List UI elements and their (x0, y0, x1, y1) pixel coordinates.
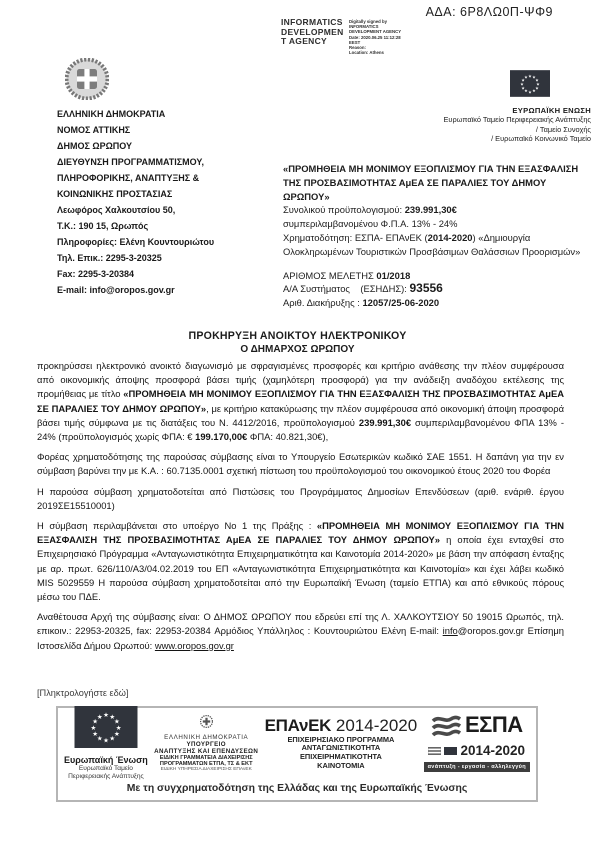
eu-fund-line: Ευρωπαϊκό Ταμείο Περιφερειακής Ανάπτυξης (361, 115, 591, 125)
text-segment: Φορέας χρηματοδότησης της παρούσας σύμβα… (37, 451, 564, 476)
stamp-detail-line: Location: Athens (349, 50, 419, 55)
text-segment: «ΠΡΟΜΗΘΕΙΑ ΜΗ ΜΟΝΙΜΟΥ ΕΞΟΠΛΙΣΜΟΥ ΓΙΑ ΤΗΝ… (283, 163, 578, 202)
issuer-line: E-mail: info@oropos.gov.gr (57, 282, 277, 298)
epanek-line: ΚΑΙΝΟΤΟΜΙΑ (287, 762, 394, 771)
issuer-line: ΔΗΜΟΣ ΩΡΩΠΟΥ (57, 138, 277, 154)
greek-emblem-icon (200, 715, 213, 733)
issuer-line: Τηλ. Επικ.: 2295-3-20325 (57, 250, 277, 266)
cofinancing-caption: Με τη συγχρηματοδότηση της Ελλάδας και τ… (58, 783, 536, 794)
ministry-line: ΑΝΑΠΤΥΞΗΣ ΚΑΙ ΕΠΕΝΔΥΣΕΩΝ (154, 748, 258, 755)
espa-logo: ΕΣΠΑ 2014-2020 ανάπτυξη - εργασία - αλλη… (424, 715, 530, 772)
svg-text:★: ★ (97, 713, 103, 721)
text-segment: ΑΡΙΘΜΟΣ ΜΕΛΕΤΗΣ (283, 270, 376, 281)
text-segment: συμπεριλαμβανομένου Φ.Π.Α. 13% - 24% (283, 218, 457, 229)
text-segment: Η παρούσα σύμβαση χρηματοδοτείται από Πι… (37, 486, 564, 511)
decision-number: Αριθ. Διακήρυξης : 12057/25-06-2020 (283, 296, 595, 310)
espa-waves-icon (431, 715, 461, 744)
eu-flag-icon: ★★★ ★★★ ★★★ ★★★ (510, 70, 550, 102)
eu-fund-line: / Ταμείο Συνοχής (361, 125, 591, 135)
body-paragraph: προκηρύσσει ηλεκτρονικό ανοικτό διαγωνισ… (37, 359, 564, 444)
eu-footer-title: Ευρωπαϊκή Ένωση (64, 755, 148, 765)
hyperlink[interactable]: info (443, 625, 458, 636)
text-segment: 239.991,30€ (405, 204, 457, 215)
project-funding: Χρηματοδότηση: ΕΣΠΑ- ΕΠΑνΕΚ (2014-2020) … (283, 231, 595, 259)
body-paragraph: Η σύμβαση περιλαμβάνεται στο υποέργο Νο … (37, 519, 564, 604)
project-details-block: «ΠΡΟΜΗΘΕΙΑ ΜΗ ΜΟΝΙΜΟΥ ΕΞΟΠΛΙΣΜΟΥ ΓΙΑ ΤΗΝ… (283, 162, 595, 310)
spacer (283, 259, 595, 269)
document-page: ΑΔΑ: 6Ρ8ΛΩ0Π-ΨΦ9 INFORMATICSDEVELOPMENT … (0, 0, 595, 842)
svg-text:★: ★ (109, 735, 115, 743)
document-body: προκηρύσσει ηλεκτρονικό ανοικτό διαγωνισ… (37, 359, 564, 659)
cofinancing-footer: ★★★ ★★★ ★★★ ★★★ Ευρωπαϊκή Ένωση Ευρωπαϊκ… (56, 706, 538, 802)
text-segment: ΦΠΑ: 40.821,30€), (247, 431, 328, 442)
footer-logos-row: ★★★ ★★★ ★★★ ★★★ Ευρωπαϊκή Ένωση Ευρωπαϊκ… (64, 714, 530, 772)
eu-footer-sub1: Ευρωπαϊκό Ταμείο (79, 765, 133, 773)
ministry-line: ΕΛΛΗΝΙΚΗ ΔΗΜΟΚΡΑΤΙΑ (164, 734, 248, 741)
ada-code: ΑΔΑ: 6Ρ8ΛΩ0Π-ΨΦ9 (426, 5, 553, 19)
main-heading: ΠΡΟΚΗΡΥΞΗ ΑΝΟΙΚΤΟΥ ΗΛΕΚΤΡΟΝΙΚΟΥ Ο ΔΗΜΑΡΧ… (0, 330, 595, 355)
text-segment: Αριθ. Διακήρυξης : (283, 297, 362, 308)
issuer-block: ΕΛΛΗΝΙΚΗ ΔΗΜΟΚΡΑΤΙΑΝΟΜΟΣ ΑΤΤΙΚΗΣΔΗΜΟΣ ΩΡ… (57, 58, 277, 298)
issuer-line: ΠΛΗΡΟΦΟΡΙΚΗΣ, ΑΝΑΠΤΥΞΗΣ & (57, 170, 277, 186)
greek-emblem-icon (57, 58, 277, 100)
eu-fund-line: / Ευρωπαϊκό Κοινωνικό Ταμείο (361, 134, 591, 144)
svg-text:★: ★ (103, 711, 109, 719)
text-segment: Η σύμβαση περιλαμβάνεται στο υποέργο Νο … (37, 520, 317, 531)
digital-signature-details: Digitally signed byINFORMATICSDEVELOPMEN… (349, 19, 419, 55)
svg-text:★: ★ (528, 89, 532, 94)
body-paragraph: Αναθέτουσα Αρχή της σύμβασης είναι: Ο ΔΗ… (37, 610, 564, 653)
espa-name: ΕΣΠΑ (465, 715, 523, 735)
study-number: ΑΡΙΘΜΟΣ ΜΕΛΕΤΗΣ 01/2018 (283, 269, 595, 283)
project-budget: Συνολικού προϋπολογισμού: 239.991,30€ (283, 203, 595, 217)
svg-text:★: ★ (532, 88, 536, 93)
greek-flag-icon (428, 742, 441, 760)
body-paragraph: Φορέας χρηματοδότησης της παρούσας σύμβα… (37, 450, 564, 478)
issuer-line: Fax: 2295-3-20384 (57, 266, 277, 282)
epanek-years: 2014-2020 (331, 716, 417, 735)
eu-flag-mini-icon (444, 742, 457, 760)
ministry-line: ΥΠΟΥΡΓΕΙΟ (186, 741, 225, 748)
text-segment: 12057/25-06-2020 (362, 297, 439, 308)
epanek-logo: ΕΠΑνΕΚ 2014-2020 ΕΠΙΧΕΙΡΗΣΙΑΚΟ ΠΡΟΓΡΑΜΜΑ… (265, 716, 418, 770)
text-segment: Χρηματοδότηση: ΕΣΠΑ- ΕΠΑνΕΚ ( (283, 232, 428, 243)
text-segment: 239.991,30€ (359, 417, 411, 428)
espa-banner: ανάπτυξη - εργασία - αλληλεγγύη (424, 762, 530, 772)
text-segment: 93556 (409, 281, 442, 295)
project-vat: συμπεριλαμβανομένου Φ.Π.Α. 13% - 24% (283, 217, 595, 231)
issuer-line: ΕΛΛΗΝΙΚΗ ΔΗΜΟΚΡΑΤΙΑ (57, 106, 277, 122)
ministry-logo: ΕΛΛΗΝΙΚΗ ΔΗΜΟΚΡΑΤΙΑ ΥΠΟΥΡΓΕΙΟ ΑΝΑΠΤΥΞΗΣ … (154, 715, 258, 772)
heading-line1: ΠΡΟΚΗΡΥΞΗ ΑΝΟΙΚΤΟΥ ΗΛΕΚΤΡΟΝΙΚΟΥ (0, 330, 595, 342)
issuer-line: ΝΟΜΟΣ ΑΤΤΙΚΗΣ (57, 122, 277, 138)
text-segment: Α/Α Συστήματος (ΕΣΗΔΗΣ): (283, 283, 409, 294)
eu-footer-sub2: Περιφερειακής Ανάπτυξης (68, 773, 144, 781)
text-segment: 01/2018 (376, 270, 410, 281)
hyperlink[interactable]: www.oropos.gov.gr (155, 640, 234, 651)
espa-years: 2014-2020 (460, 743, 525, 758)
issuer-line: Τ.Κ.: 190 15, Ωρωπός (57, 218, 277, 234)
eu-flag-icon: ★★★ ★★★ ★★★ ★★★ (74, 706, 138, 753)
text-segment: 199.170,00€ (195, 431, 247, 442)
stamp-agency-line: T AGENCY (281, 37, 345, 47)
heading-line2: Ο ΔΗΜΑΡΧΟΣ ΩΡΩΠΟΥ (0, 344, 595, 355)
ministry-line: ΕΙΔΙΚΗ ΥΠΗΡΕΣΙΑ ΔΙΑΧΕΙΡΙΣΗΣ ΕΠΑνΕΚ (161, 767, 252, 772)
epanek-name: ΕΠΑνΕΚ (265, 716, 332, 735)
text-segment: 2014-2020 (428, 232, 473, 243)
issuer-line: Λεωφόρος Χαλκουτσίου 50, (57, 202, 277, 218)
eu-header-block: ★★★ ★★★ ★★★ ★★★ ΕΥΡΩΠΑΪΚΗ ΕΝΩΣΗ Ευρωπαϊκ… (361, 70, 591, 144)
eu-footer-logo: ★★★ ★★★ ★★★ ★★★ Ευρωπαϊκή Ένωση Ευρωπαϊκ… (64, 706, 148, 780)
svg-text:★: ★ (524, 74, 528, 79)
system-number: Α/Α Συστήματος (ΕΣΗΔΗΣ): 93556 (283, 282, 595, 296)
eu-union-title: ΕΥΡΩΠΑΪΚΗ ΕΝΩΣΗ (361, 106, 591, 115)
issuer-line: ΔΙΕΥΘΥΝΣΗ ΠΡΟΓΡΑΜΜΑΤΙΣΜΟΥ, (57, 154, 277, 170)
type-here-placeholder: [Πληκτρολογήστε εδώ] (37, 688, 128, 698)
project-title: «ΠΡΟΜΗΘΕΙΑ ΜΗ ΜΟΝΙΜΟΥ ΕΞΟΠΛΙΣΜΟΥ ΓΙΑ ΤΗΝ… (283, 162, 595, 203)
digital-signature-stamp: INFORMATICSDEVELOPMENT AGENCY (281, 18, 345, 47)
issuer-line: Πληροφορίες: Ελένη Κουντουριώτου (57, 234, 277, 250)
issuer-line: ΚΟΙΝΩΝΙΚΗΣ ΠΡΟΣΤΑΣΙΑΣ (57, 186, 277, 202)
body-paragraph: Η παρούσα σύμβαση χρηματοδοτείται από Πι… (37, 485, 564, 513)
svg-text:★: ★ (103, 736, 109, 744)
text-segment: Συνολικού προϋπολογισμού: (283, 204, 405, 215)
